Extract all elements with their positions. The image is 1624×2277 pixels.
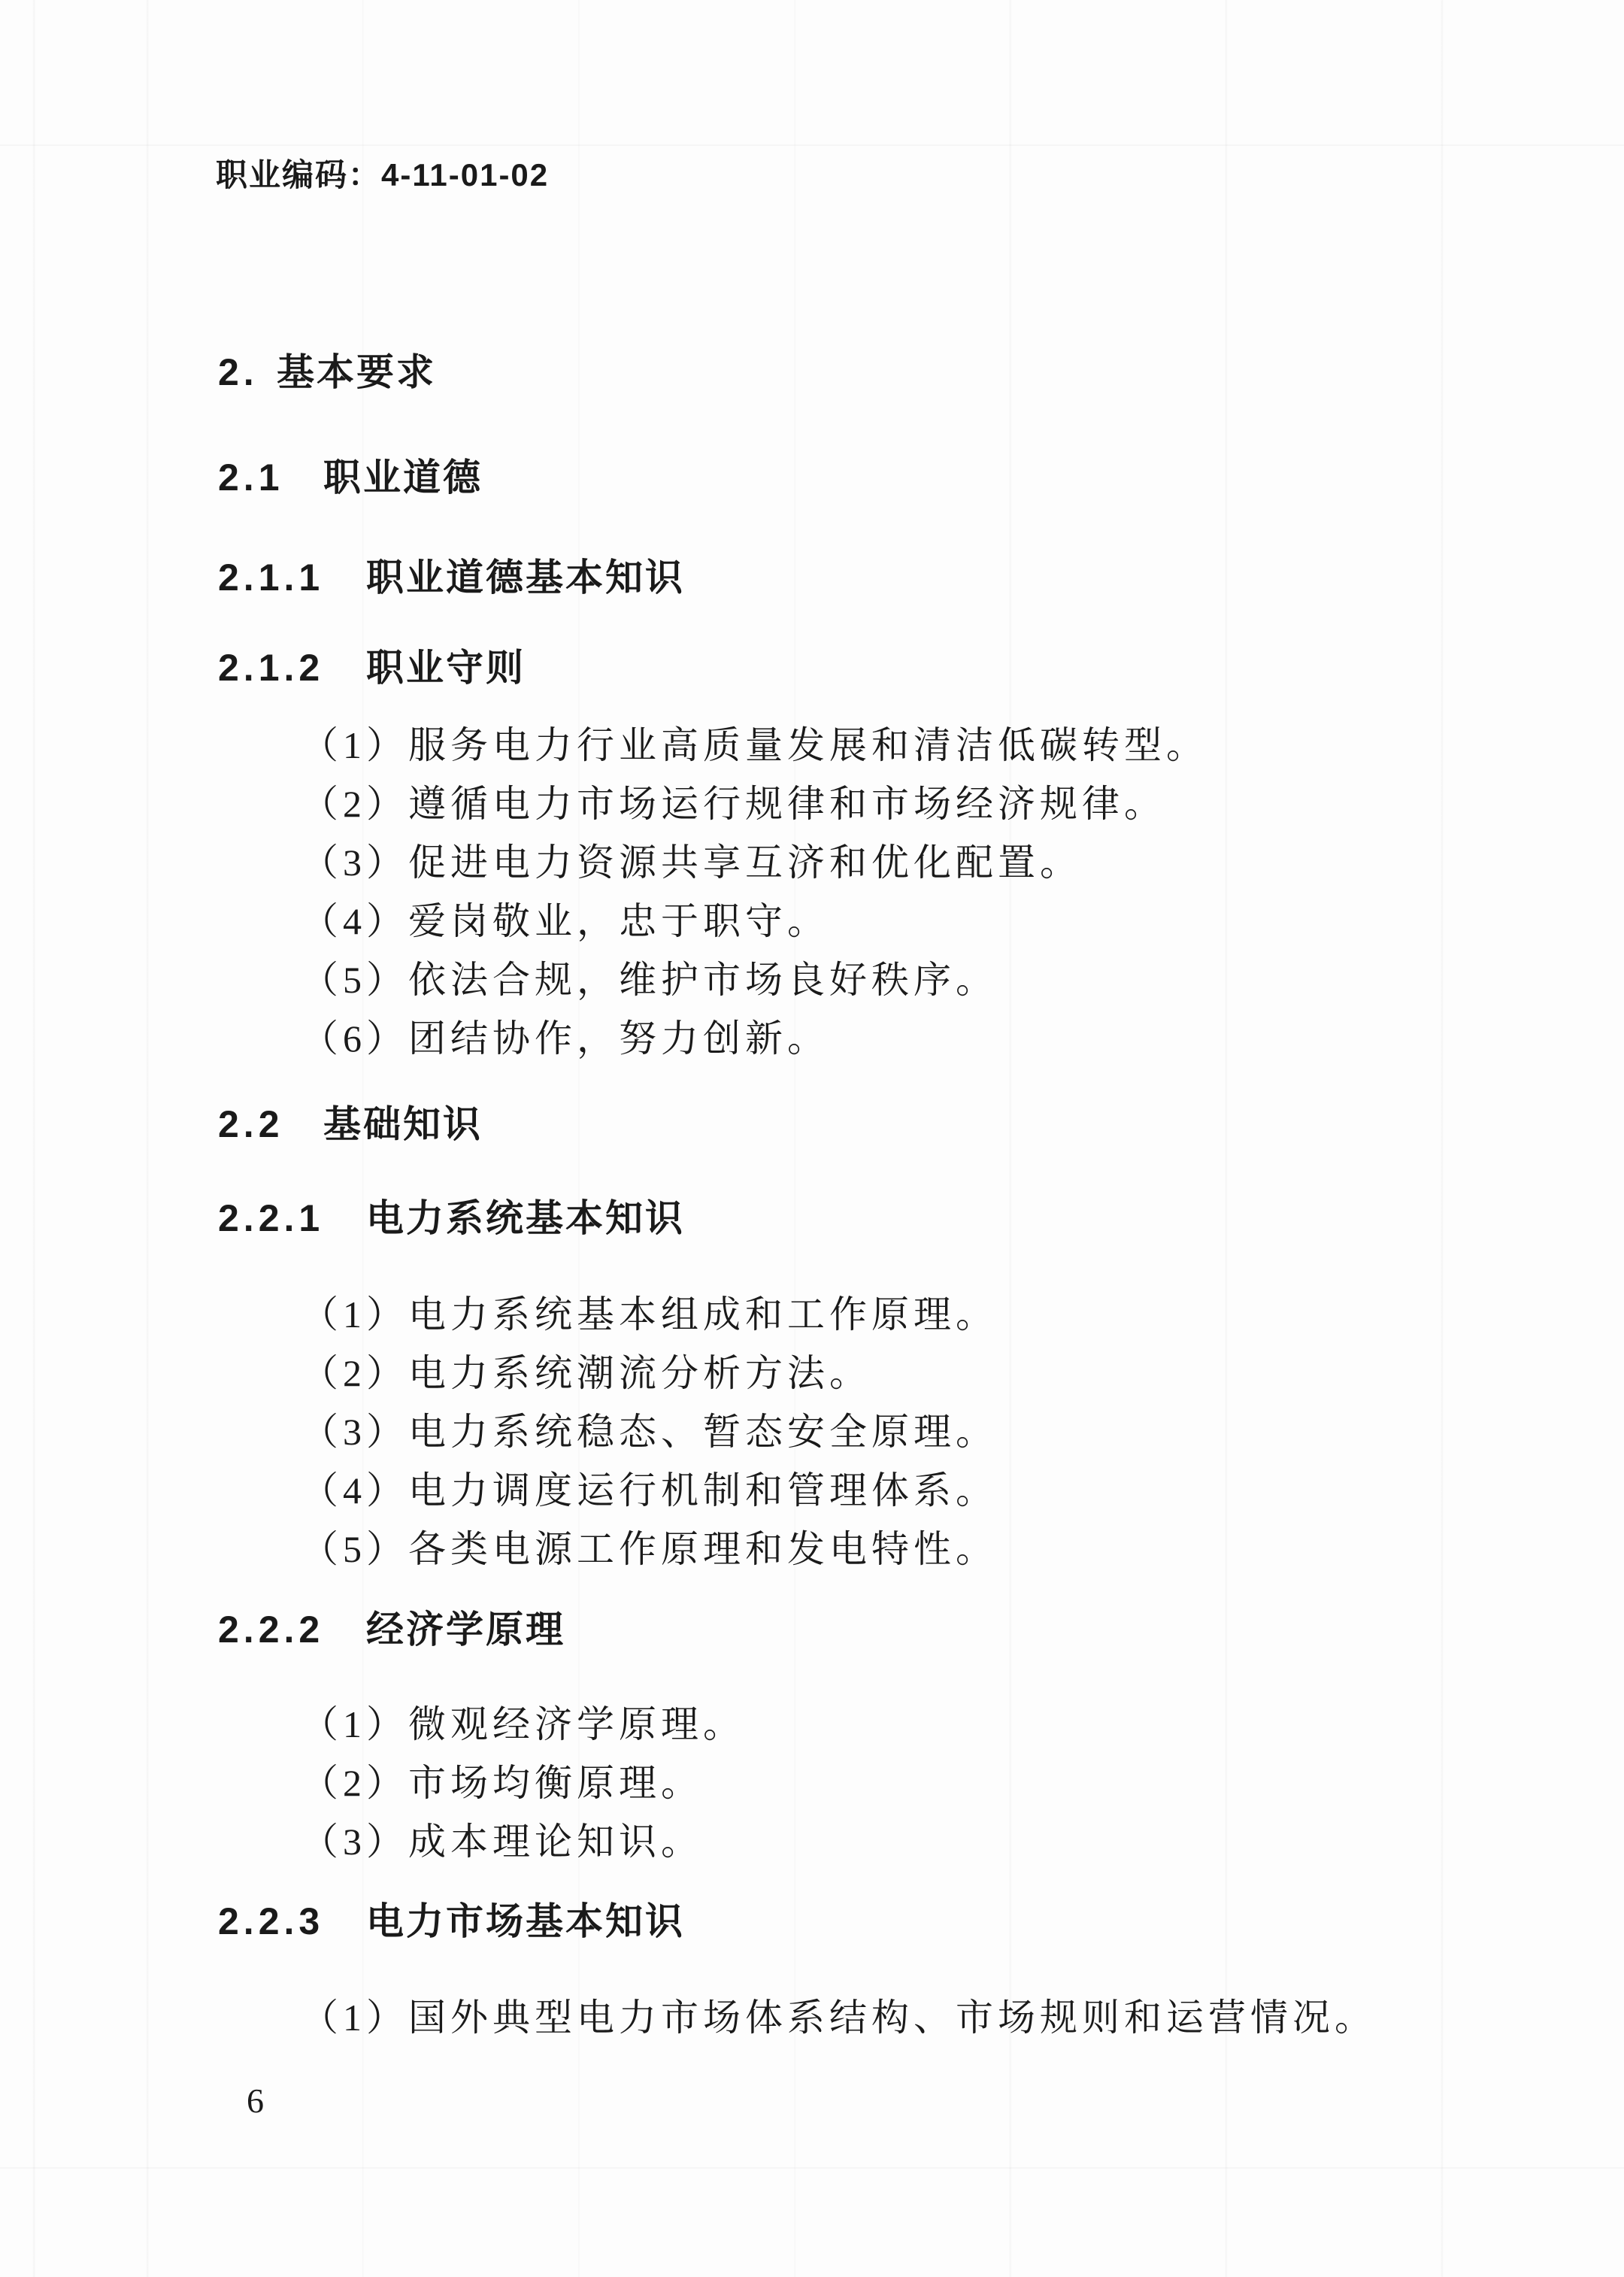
section-heading-2-2-3: 2.2.3电力市场基本知识	[218, 1899, 685, 1944]
list-2-2-3: （1）国外典型电力市场体系结构、市场规则和运营情况。	[301, 1985, 1377, 2044]
section-heading-2-2: 2.2基础知识	[218, 1102, 483, 1147]
heading-number: 2.1.2	[218, 645, 366, 690]
list-item: （5）依法合规，维护市场良好秩序。	[301, 947, 1208, 1006]
list-item: （3）成本理论知识。	[301, 1809, 745, 1868]
list-item: （3）电力系统稳态、暂态安全原理。	[301, 1399, 998, 1458]
heading-title: 基本要求	[277, 351, 436, 393]
heading-number: 2.2.2	[218, 1607, 366, 1652]
list-item: （1）服务电力行业高质量发展和清洁低碳转型。	[301, 713, 1208, 772]
scan-artifact-hline	[0, 144, 1624, 146]
heading-number: 2.1	[218, 455, 323, 500]
heading-title: 电力系统基本知识	[366, 1197, 685, 1239]
scan-artifact-hline	[0, 2167, 1624, 2169]
list-2-2-2: （1）微观经济学原理。 （2）市场均衡原理。 （3）成本理论知识。	[301, 1692, 745, 1868]
list-item: （2）电力系统潮流分析方法。	[301, 1341, 998, 1399]
list-2-2-1: （1）电力系统基本组成和工作原理。 （2）电力系统潮流分析方法。 （3）电力系统…	[301, 1282, 998, 1575]
occupation-code: 职业编码：4-11-01-02	[216, 156, 549, 194]
heading-title: 经济学原理	[366, 1608, 565, 1651]
section-heading-2-1: 2.1职业道德	[218, 455, 483, 500]
heading-number: 2.2.3	[218, 1899, 366, 1944]
list-2-1-2: （1）服务电力行业高质量发展和清洁低碳转型。 （2）遵循电力市场运行规律和市场经…	[301, 713, 1208, 1065]
section-heading-2-1-1: 2.1.1职业道德基本知识	[218, 555, 685, 600]
section-heading-2-1-2: 2.1.2职业守则	[218, 645, 526, 690]
list-item: （3）促进电力资源共享互济和优化配置。	[301, 830, 1208, 889]
section-heading-2-2-2: 2.2.2经济学原理	[218, 1607, 565, 1652]
heading-title: 职业道德基本知识	[366, 556, 685, 599]
list-item: （4）电力调度运行机制和管理体系。	[301, 1458, 998, 1517]
section-heading-2: 2.基本要求	[218, 350, 436, 395]
heading-number: 2.2.1	[218, 1196, 366, 1241]
list-item: （2）遵循电力市场运行规律和市场经济规律。	[301, 772, 1208, 830]
heading-title: 职业守则	[366, 647, 526, 689]
list-item: （6）团结协作，努力创新。	[301, 1006, 1208, 1065]
list-item: （1）微观经济学原理。	[301, 1692, 745, 1751]
heading-number: 2.1.1	[218, 555, 366, 600]
list-item: （1）电力系统基本组成和工作原理。	[301, 1282, 998, 1341]
heading-number: 2.	[218, 350, 277, 395]
heading-title: 基础知识	[323, 1103, 483, 1145]
section-heading-2-2-1: 2.2.1电力系统基本知识	[218, 1196, 685, 1241]
heading-title: 职业道德	[323, 456, 483, 499]
document-page: 职业编码：4-11-01-02 2.基本要求 2.1职业道德 2.1.1职业道德…	[0, 0, 1624, 2277]
list-item: （2）市场均衡原理。	[301, 1751, 745, 1809]
list-item: （5）各类电源工作原理和发电特性。	[301, 1517, 998, 1575]
list-item: （1）国外典型电力市场体系结构、市场规则和运营情况。	[301, 1985, 1377, 2044]
heading-number: 2.2	[218, 1102, 323, 1147]
list-item: （4）爱岗敬业，忠于职守。	[301, 889, 1208, 947]
heading-title: 电力市场基本知识	[366, 1900, 685, 1942]
page-number: 6	[247, 2081, 264, 2121]
